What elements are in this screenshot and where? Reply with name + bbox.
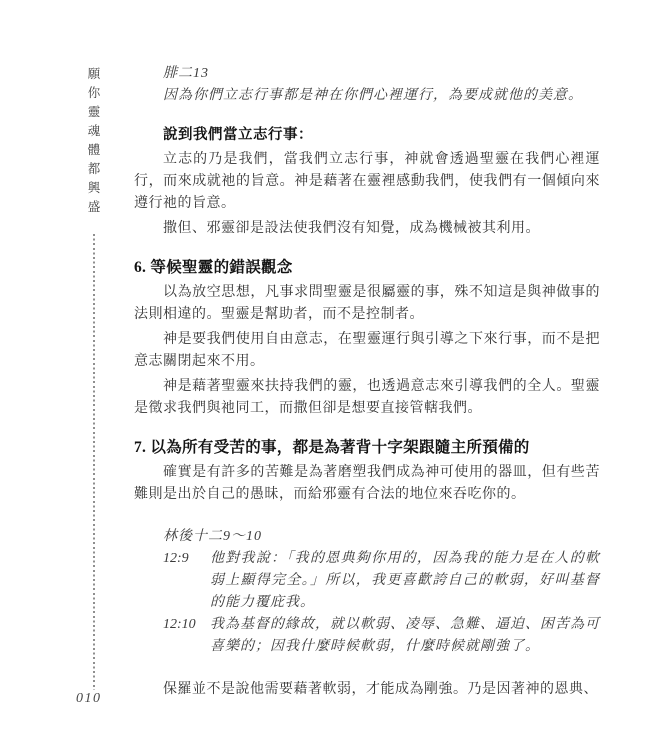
section-6: 6. 等候聖靈的錯誤觀念 以為放空思想，凡事求問聖靈是很屬靈的事，殊不知這是與神… (134, 257, 600, 420)
page-number: 010 (76, 691, 102, 707)
section-6-heading: 6. 等候聖靈的錯誤觀念 (134, 257, 600, 279)
verse-number: 12:10 (163, 614, 210, 636)
verse-text: 他對我說：「我的恩典夠你用的，因為我的能力是在人的軟弱上顯得完全。」所以，我更喜… (210, 548, 600, 614)
section-7-heading: 7. 以為所有受苦的事，都是為著背十字架跟隨主所預備的 (134, 437, 600, 459)
scripture-text: 因為你們立志行事都是神在你們心裡運行，為要成就他的美意。 (163, 85, 600, 107)
scripture-reference: 林後十二9～10 (163, 526, 600, 548)
section-7: 7. 以為所有受苦的事，都是為著背十字架跟隨主所預備的 確實是有許多的苦難是為著… (134, 437, 600, 506)
paragraph: 撒但、邪靈卻是設法使我們沒有知覺，成為機械被其利用。 (134, 218, 600, 240)
main-text-column: 腓二13 因為你們立志行事都是神在你們心裡運行，為要成就他的美意。 說到我們當立… (134, 63, 600, 701)
scripture-reference: 腓二13 (163, 63, 600, 85)
paragraph: 神是要我們使用自由意志，在聖靈運行與引導之下來行事，而不是把意志關閉起來不用。 (134, 329, 600, 373)
margin-dotted-rule (93, 234, 95, 690)
scripture-quote-philippians: 腓二13 因為你們立志行事都是神在你們心裡運行，為要成就他的美意。 (163, 63, 600, 107)
verse-12-10: 12:10 我為基督的緣故，就以軟弱、凌辱、急難、逼迫、困苦為可喜樂的；因我什麼… (163, 614, 600, 658)
verse-12-9: 12:9 他對我說：「我的恩典夠你用的，因為我的能力是在人的軟弱上顯得完全。」所… (163, 548, 600, 614)
running-book-title: 願你靈魂體都興盛 (84, 67, 102, 219)
verse-text: 我為基督的緣故，就以軟弱、凌辱、急難、逼迫、困苦為可喜樂的；因我什麼時候軟弱，什… (210, 614, 600, 658)
scripture-quote-2corinthians: 林後十二9～10 12:9 他對我說：「我的恩典夠你用的，因為我的能力是在人的軟… (163, 526, 600, 658)
subheading-on-willing-and-working: 說到我們當立志行事： (134, 124, 600, 146)
closing-paragraph: 保羅並不是說他需要藉著軟弱，才能成為剛強。乃是因著神的恩典、 (134, 679, 600, 701)
paragraph: 立志的乃是我們，當我們立志行事，神就會透過聖靈在我們心裡運行，而來成就祂的旨意。… (134, 149, 600, 215)
paragraph: 以為放空思想，凡事求問聖靈是很屬靈的事，殊不知這是與神做事的法則相違的。聖靈是幫… (134, 282, 600, 326)
book-page: 願你靈魂體都興盛 010 腓二13 因為你們立志行事都是神在你們心裡運行，為要成… (0, 0, 650, 750)
verse-number: 12:9 (163, 548, 210, 570)
paragraph: 確實是有許多的苦難是為著磨塑我們成為神可使用的器皿，但有些苦難則是出於自己的愚昧… (134, 462, 600, 506)
paragraph: 神是藉著聖靈來扶持我們的靈，也透過意志來引導我們的全人。聖靈是徵求我們與祂同工，… (134, 376, 600, 420)
